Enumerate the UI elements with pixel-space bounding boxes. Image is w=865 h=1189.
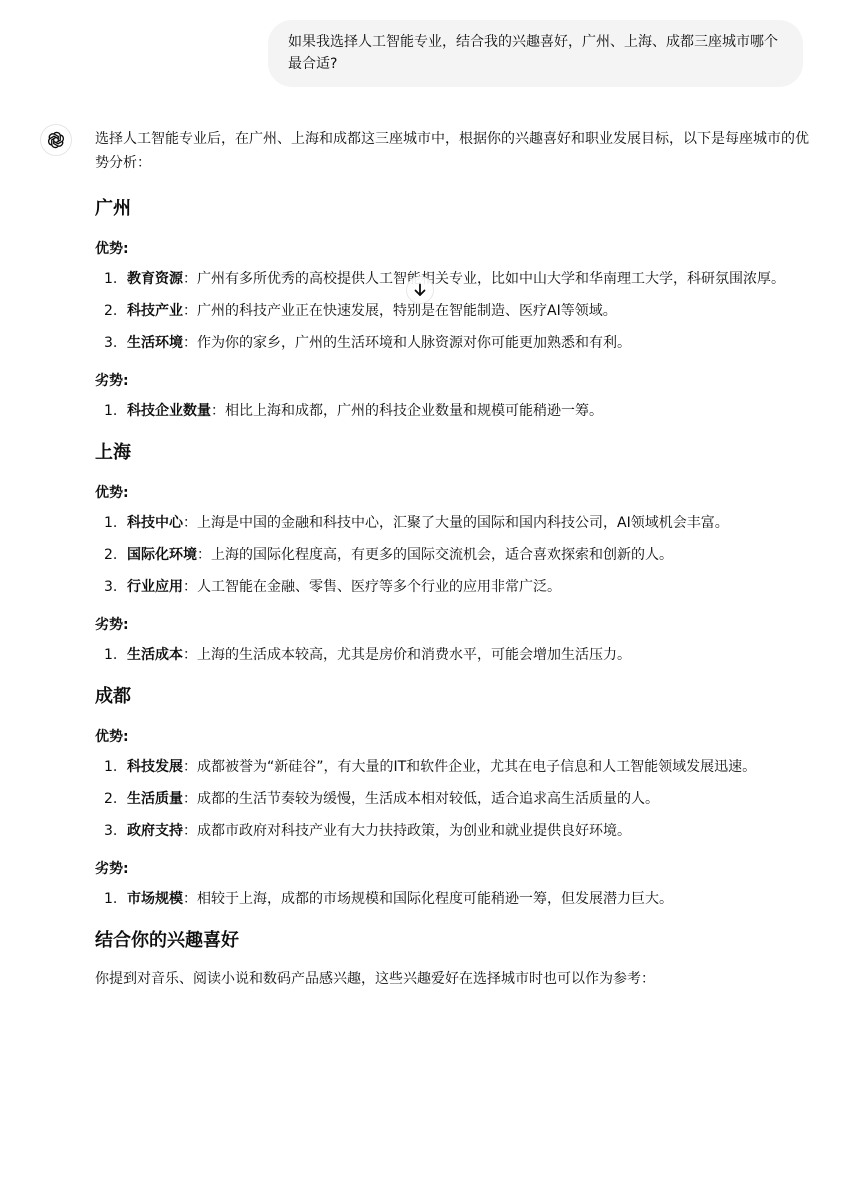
cons-list: 1.市场规模：相较于上海，成都的市场规模和国际化程度可能稍逊一筹，但发展潜力巨大…: [95, 887, 815, 911]
assistant-intro: 选择人工智能专业后，在广州、上海和成都这三座城市中，根据你的兴趣喜好和职业发展目…: [95, 127, 815, 175]
list-item: 3.行业应用：人工智能在金融、零售、医疗等多个行业的应用非常广泛。: [95, 575, 815, 599]
item-text: ：上海的国际化程度高，有更多的国际交流机会，适合喜欢探索和创新的人。: [197, 547, 673, 563]
cons-list: 1.生活成本：上海的生活成本较高，尤其是房价和消费水平，可能会增加生活压力。: [95, 643, 815, 667]
list-number: 3.: [104, 575, 117, 599]
interests-text: 你提到对音乐、阅读小说和数码产品感兴趣，这些兴趣爱好在选择城市时也可以作为参考：: [95, 967, 815, 991]
assistant-avatar: [40, 124, 72, 156]
list-item: 1.科技中心：上海是中国的金融和科技中心，汇聚了大量的国际和国内科技公司，AI领…: [95, 511, 815, 535]
city-title: 广州: [95, 195, 815, 223]
list-item: 1.科技发展：成都被誉为“新硅谷”，有大量的IT和软件企业，尤其在电子信息和人工…: [95, 755, 815, 779]
user-message-text: 如果我选择人工智能专业，结合我的兴趣喜好，广州、上海、成都三座城市哪个最合适?: [288, 34, 778, 72]
assistant-message: 选择人工智能专业后，在广州、上海和成都这三座城市中，根据你的兴趣喜好和职业发展目…: [95, 127, 815, 991]
openai-logo-icon: [46, 130, 66, 150]
pros-label: 优势:: [95, 237, 815, 261]
interests-title: 结合你的兴趣喜好: [95, 927, 815, 955]
cons-list: 1.科技企业数量：相比上海和成都，广州的科技企业数量和规模可能稍逊一筹。: [95, 399, 815, 423]
arrow-down-icon: [412, 282, 428, 298]
item-text: ：成都被誉为“新硅谷”，有大量的IT和软件企业，尤其在电子信息和人工智能领域发展…: [183, 759, 756, 775]
user-message-bubble: 如果我选择人工智能专业，结合我的兴趣喜好，广州、上海、成都三座城市哪个最合适?: [268, 20, 803, 87]
list-number: 2.: [104, 543, 117, 567]
cons-label: 劣势:: [95, 369, 815, 393]
item-text: ：广州有多所优秀的高校提供人工智能相关专业，比如中山大学和华南理工大学，科研氛围…: [183, 271, 785, 287]
list-number: 1.: [104, 267, 117, 291]
list-item: 1.市场规模：相较于上海，成都的市场规模和国际化程度可能稍逊一筹，但发展潜力巨大…: [95, 887, 815, 911]
item-text: ：上海的生活成本较高，尤其是房价和消费水平，可能会增加生活压力。: [183, 647, 631, 663]
pros-label: 优势:: [95, 481, 815, 505]
city-section-chengdu: 成都 优势: 1.科技发展：成都被誉为“新硅谷”，有大量的IT和软件企业，尤其在…: [95, 683, 815, 911]
item-term: 教育资源: [127, 271, 183, 287]
list-number: 1.: [104, 887, 117, 911]
list-number: 1.: [104, 755, 117, 779]
item-text: ：广州的科技产业正在快速发展，特别是在智能制造、医疗AI等领域。: [183, 303, 617, 319]
city-section-guangzhou: 广州 优势: 1.教育资源：广州有多所优秀的高校提供人工智能相关专业，比如中山大…: [95, 195, 815, 423]
item-text: ：作为你的家乡，广州的生活环境和人脉资源对你可能更加熟悉和有利。: [183, 335, 631, 351]
pros-list: 1.科技中心：上海是中国的金融和科技中心，汇聚了大量的国际和国内科技公司，AI领…: [95, 511, 815, 599]
scroll-to-bottom-button[interactable]: [406, 276, 434, 304]
list-number: 2.: [104, 299, 117, 323]
item-text: ：上海是中国的金融和科技中心，汇聚了大量的国际和国内科技公司，AI领域机会丰富。: [183, 515, 729, 531]
city-title: 成都: [95, 683, 815, 711]
pros-list: 1.科技发展：成都被誉为“新硅谷”，有大量的IT和软件企业，尤其在电子信息和人工…: [95, 755, 815, 843]
list-number: 1.: [104, 511, 117, 535]
item-text: ：相较于上海，成都的市场规模和国际化程度可能稍逊一筹，但发展潜力巨大。: [183, 891, 673, 907]
item-term: 国际化环境: [127, 547, 197, 563]
pros-list: 1.教育资源：广州有多所优秀的高校提供人工智能相关专业，比如中山大学和华南理工大…: [95, 267, 815, 355]
pros-label: 优势:: [95, 725, 815, 749]
list-item: 3.生活环境：作为你的家乡，广州的生活环境和人脉资源对你可能更加熟悉和有利。: [95, 331, 815, 355]
list-item: 3.政府支持：成都市政府对科技产业有大力扶持政策，为创业和就业提供良好环境。: [95, 819, 815, 843]
list-item: 1.教育资源：广州有多所优秀的高校提供人工智能相关专业，比如中山大学和华南理工大…: [95, 267, 815, 291]
item-text: ：成都市政府对科技产业有大力扶持政策，为创业和就业提供良好环境。: [183, 823, 631, 839]
item-term: 市场规模: [127, 891, 183, 907]
item-term: 科技产业: [127, 303, 183, 319]
item-term: 行业应用: [127, 579, 183, 595]
item-term: 生活质量: [127, 791, 183, 807]
cons-label: 劣势:: [95, 857, 815, 881]
list-item: 1.生活成本：上海的生活成本较高，尤其是房价和消费水平，可能会增加生活压力。: [95, 643, 815, 667]
item-text: ：相比上海和成都，广州的科技企业数量和规模可能稍逊一筹。: [211, 403, 603, 419]
item-term: 科技发展: [127, 759, 183, 775]
list-number: 3.: [104, 331, 117, 355]
list-number: 1.: [104, 399, 117, 423]
item-term: 科技企业数量: [127, 403, 211, 419]
item-term: 政府支持: [127, 823, 183, 839]
list-item: 2.科技产业：广州的科技产业正在快速发展，特别是在智能制造、医疗AI等领域。: [95, 299, 815, 323]
item-term: 生活环境: [127, 335, 183, 351]
list-number: 3.: [104, 819, 117, 843]
item-term: 生活成本: [127, 647, 183, 663]
cons-label: 劣势:: [95, 613, 815, 637]
item-text: ：人工智能在金融、零售、医疗等多个行业的应用非常广泛。: [183, 579, 561, 595]
list-item: 1.科技企业数量：相比上海和成都，广州的科技企业数量和规模可能稍逊一筹。: [95, 399, 815, 423]
list-number: 2.: [104, 787, 117, 811]
city-section-shanghai: 上海 优势: 1.科技中心：上海是中国的金融和科技中心，汇聚了大量的国际和国内科…: [95, 439, 815, 667]
chat-page: 如果我选择人工智能专业，结合我的兴趣喜好，广州、上海、成都三座城市哪个最合适? …: [0, 0, 865, 1189]
list-item: 2.国际化环境：上海的国际化程度高，有更多的国际交流机会，适合喜欢探索和创新的人…: [95, 543, 815, 567]
item-text: ：成都的生活节奏较为缓慢，生活成本相对较低，适合追求高生活质量的人。: [183, 791, 659, 807]
list-number: 1.: [104, 643, 117, 667]
city-title: 上海: [95, 439, 815, 467]
item-term: 科技中心: [127, 515, 183, 531]
list-item: 2.生活质量：成都的生活节奏较为缓慢，生活成本相对较低，适合追求高生活质量的人。: [95, 787, 815, 811]
